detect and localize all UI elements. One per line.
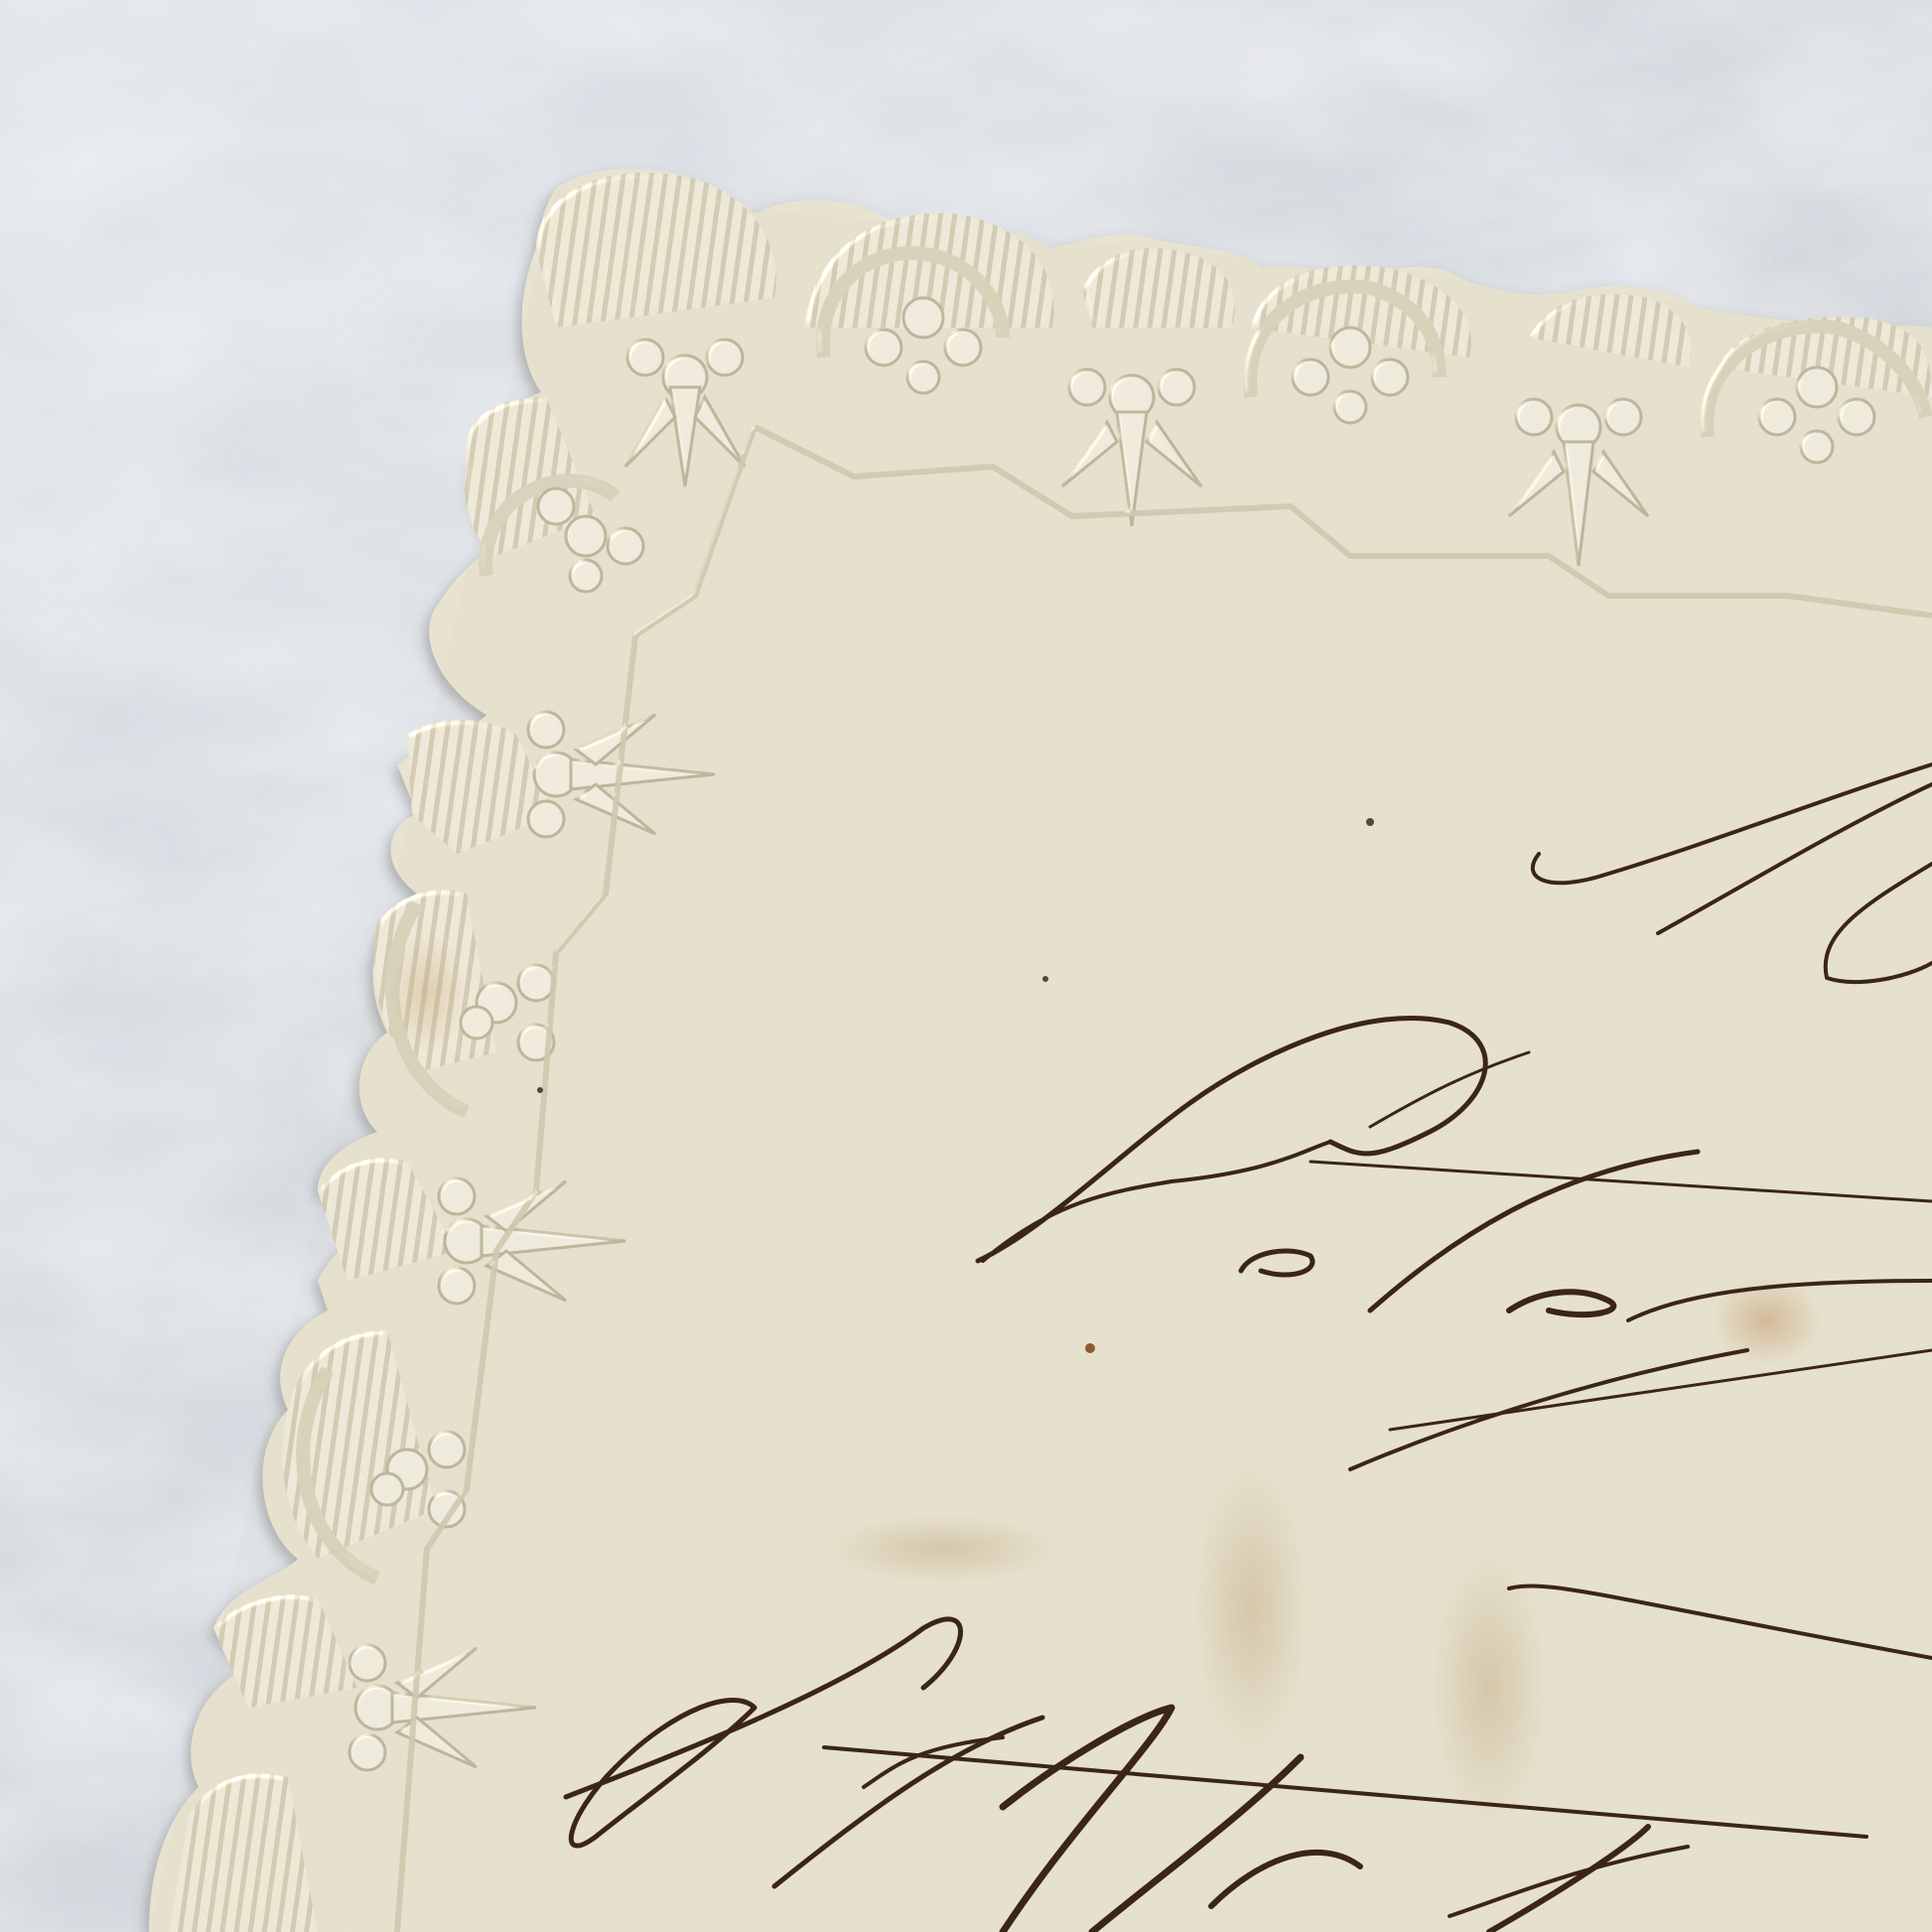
photo-canvas xyxy=(0,0,1932,1932)
photo-scene xyxy=(0,0,1932,1932)
